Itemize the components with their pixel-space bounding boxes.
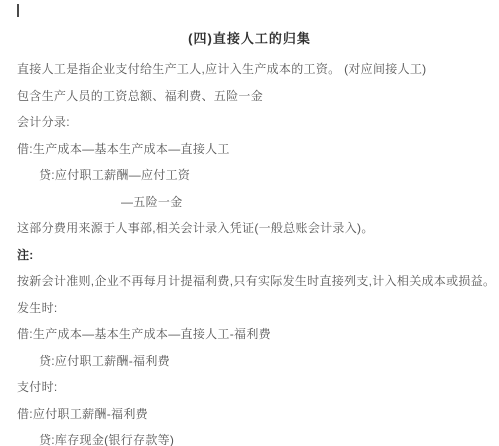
definition-text: 直接人工是指企业支付给生产工人,应计入生产成本的工资。 (对应间接人工) (17, 62, 489, 76)
occurrence-credit-line: 贷:应付职工薪酬-福利费 (17, 354, 489, 368)
journal-debit-line: 借:生产成本—基本生产成本—直接人工 (17, 142, 489, 156)
journal-credit-continuation-line: —五险一金 (17, 195, 489, 209)
text-caret (17, 4, 19, 17)
occurrence-debit-line: 借:生产成本—基本生产成本—直接人工-福利费 (17, 327, 489, 341)
payment-debit-line: 借:应付职工薪酬-福利费 (17, 407, 489, 421)
note-heading: 注: (17, 248, 489, 262)
payment-heading: 支付时: (17, 380, 489, 394)
payment-credit-line: 贷:库存现金(银行存款等) (17, 433, 489, 446)
page-title: (四)直接人工的归集 (0, 28, 499, 47)
note-text: 按新会计准则,企业不再每月计提福利费,只有实际发生时直接列支,计入相关成本或损益… (17, 274, 489, 288)
journal-entry-heading: 会计分录: (17, 115, 489, 129)
occurrence-heading: 发生时: (17, 301, 489, 315)
document-page: (四)直接人工的归集 直接人工是指企业支付给生产工人,应计入生产成本的工资。 (… (0, 0, 499, 446)
journal-credit-line: 贷:应付职工薪酬—应付工资 (17, 168, 489, 182)
source-note-text: 这部分费用来源于人事部,相关会计录入凭证(一般总账会计录入)。 (17, 221, 489, 235)
document-body: 直接人工是指企业支付给生产工人,应计入生产成本的工资。 (对应间接人工) 包含生… (0, 62, 499, 446)
scope-text: 包含生产人员的工资总额、福利费、五险一金 (17, 89, 489, 103)
